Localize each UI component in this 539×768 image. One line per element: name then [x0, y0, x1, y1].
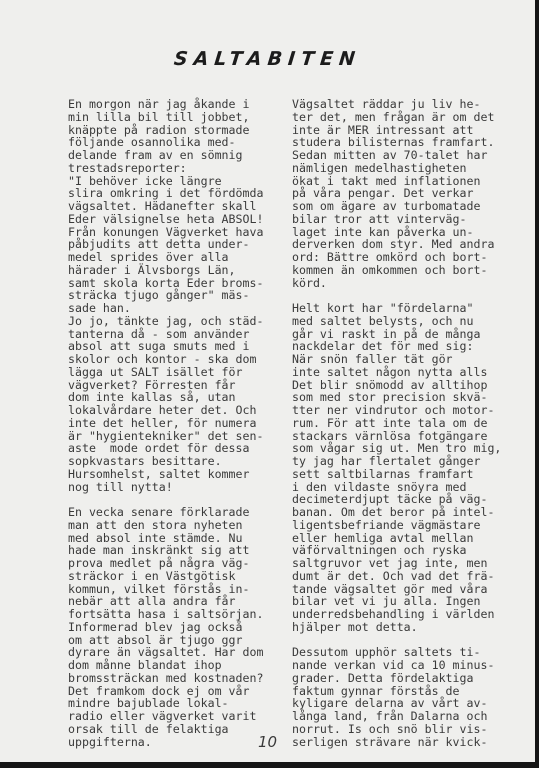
document-page: SALTABITEN En morgon när jag åkande imin… — [0, 0, 535, 762]
text-line: grader. Detta fördelaktiga — [292, 672, 501, 685]
text-line: man att den stora nyheten — [68, 519, 263, 532]
text-line: Informerad blev jag också — [68, 621, 263, 634]
text-line: En morgon när jag åkande i — [68, 98, 263, 111]
text-line: Jo jo, tänkte jag, och städ- — [68, 315, 263, 328]
text-line: sade han. — [68, 302, 263, 315]
text-line: bromssträckan med kostnaden? — [68, 672, 263, 685]
text-line: kommen än omkommen och bort- — [292, 264, 501, 277]
page-number: 10 — [0, 733, 535, 751]
text-line: med saltet belysts, och nu — [292, 315, 501, 328]
text-line: långa land, från Dalarna och — [292, 710, 501, 723]
right-column: Vägsaltet räddar ju liv he-ter det, men … — [292, 98, 501, 761]
left-column: En morgon när jag åkande imin lilla bil … — [68, 98, 263, 761]
text-line: delande fram av en sömnig — [68, 149, 263, 162]
text-line: trestadsreporter: — [68, 162, 263, 175]
text-line: Sedan mitten av 70-talet har — [292, 149, 501, 162]
text-line: sopkvastars besittare. — [68, 455, 263, 468]
text-line: sett saltbilarnas framfart — [292, 468, 501, 481]
text-line: sträckor i en Västgötisk — [68, 570, 263, 583]
text-line: inte saltet någon nytta alls — [292, 366, 501, 379]
text-line: inte det heller, för numera — [68, 417, 263, 430]
text-line: Helt kort har "fördelarna" — [292, 302, 501, 315]
article-title: SALTABITEN — [0, 48, 536, 70]
paragraph: Helt kort har "fördelarna"med saltet bel… — [292, 302, 501, 634]
text-line: nog till nytta! — [68, 481, 263, 494]
text-line: körd. — [292, 277, 501, 290]
scan-edge-right — [535, 0, 539, 768]
text-line: Vägsaltet räddar ju liv he- — [292, 98, 501, 111]
text-line: En vecka senare förklarade — [68, 506, 263, 519]
text-line: dom månne blandat ihop — [68, 659, 263, 672]
text-line: tter ner vindrutor och motor- — [292, 404, 501, 417]
text-line: banan. Om det beror på intel- — [292, 506, 501, 519]
text-line: lokalvårdare heter det. Och — [68, 404, 263, 417]
text-line: härader i Älvsborgs Län, — [68, 264, 263, 277]
paragraph: En vecka senare förklarademan att den st… — [68, 506, 263, 748]
text-line: radio eller vägverket varit — [68, 710, 263, 723]
text-line: hjälper mot detta. — [292, 621, 501, 634]
text-line: nande verkan vid ca 10 minus- — [292, 659, 501, 672]
text-line: Hursomhelst, saltet kommer — [68, 468, 263, 481]
text-line: Eder välsignelse heta ABSOL! — [68, 213, 263, 226]
text-line: bilar tror att vinterväg- — [292, 213, 501, 226]
text-line: som om ägare av turbomatade — [292, 200, 501, 213]
text-line: underredsbehandling i världen — [292, 608, 501, 621]
scan-edge-bottom — [0, 762, 539, 768]
text-line: skolor och kontor - ska dom — [68, 353, 263, 366]
text-line: nämligen medelhastigheten — [292, 162, 501, 175]
paragraph: En morgon när jag åkande imin lilla bil … — [68, 98, 263, 493]
text-line: ty jag har flertalet gånger — [292, 455, 501, 468]
text-line: När snön faller tät gör — [292, 353, 501, 366]
text-line: ligentsbefriande vägmästare — [292, 519, 501, 532]
paragraph: Vägsaltet räddar ju liv he-ter det, men … — [292, 98, 501, 289]
text-line: dumt är det. Och vad det frä- — [292, 570, 501, 583]
text-line: min lilla bil till jobbet, — [68, 111, 263, 124]
text-line: fortsätta hasa i saltsörjan. — [68, 608, 263, 621]
text-line: ter det, men frågan är om det — [292, 111, 501, 124]
text-line: saltgruvor vet jag inte, men — [292, 557, 501, 570]
text-line: lägga ut SALT isället för — [68, 366, 263, 379]
text-line: vägsaltet. Hädanefter skall — [68, 200, 263, 213]
text-line: ord: Bättre omkörd och bort- — [292, 251, 501, 264]
text-line: medel sprides över alla — [68, 251, 263, 264]
text-line: rum. För att inte tala om de — [292, 417, 501, 430]
text-line: prova medlet på några väg- — [68, 557, 263, 570]
